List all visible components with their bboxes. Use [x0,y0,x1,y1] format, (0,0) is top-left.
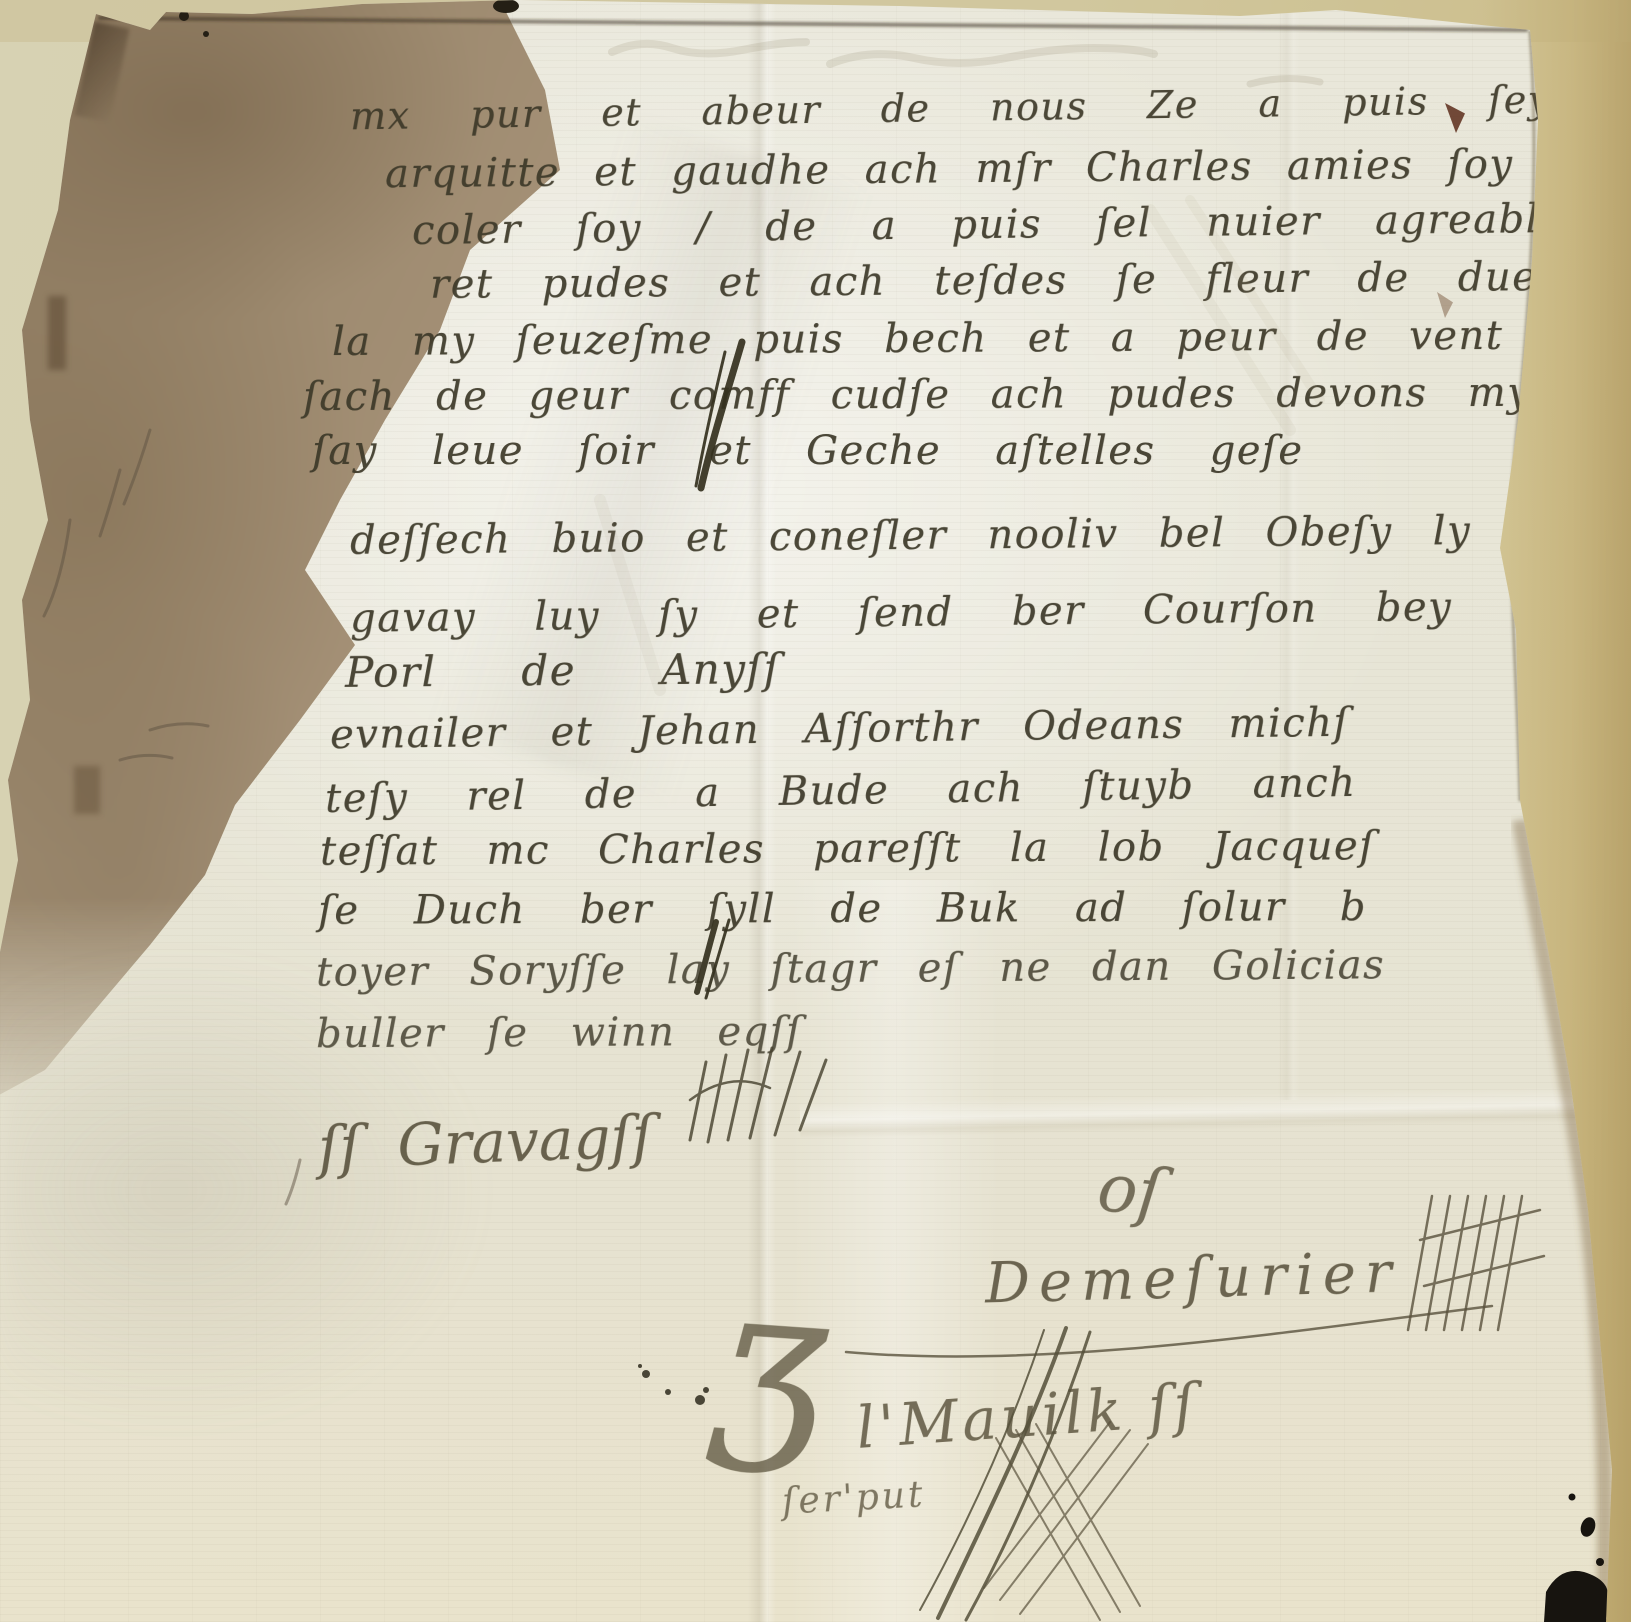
ink-flourish-overlay [0,0,1631,1622]
ink-specks [638,1364,709,1405]
signature-underline-swash [846,1306,1492,1357]
showthrough-strokes [612,42,1320,84]
line-end-flourish-cluster [690,1048,826,1142]
marginal-strokes [44,430,300,1204]
hatch-flourish [1408,1196,1544,1330]
top-edge-shadow [100,18,1534,800]
smudge-strokes [600,200,1320,690]
paper-sheet: mx pur et abeur de nous Ze a puis ſey ar… [0,0,1631,1622]
heavy-ink-stroke [696,342,742,998]
photo-of-manuscript: mx pur et abeur de nous Ze a puis ſey ar… [0,0,1631,1622]
crosshatch-lattice [984,1422,1148,1620]
